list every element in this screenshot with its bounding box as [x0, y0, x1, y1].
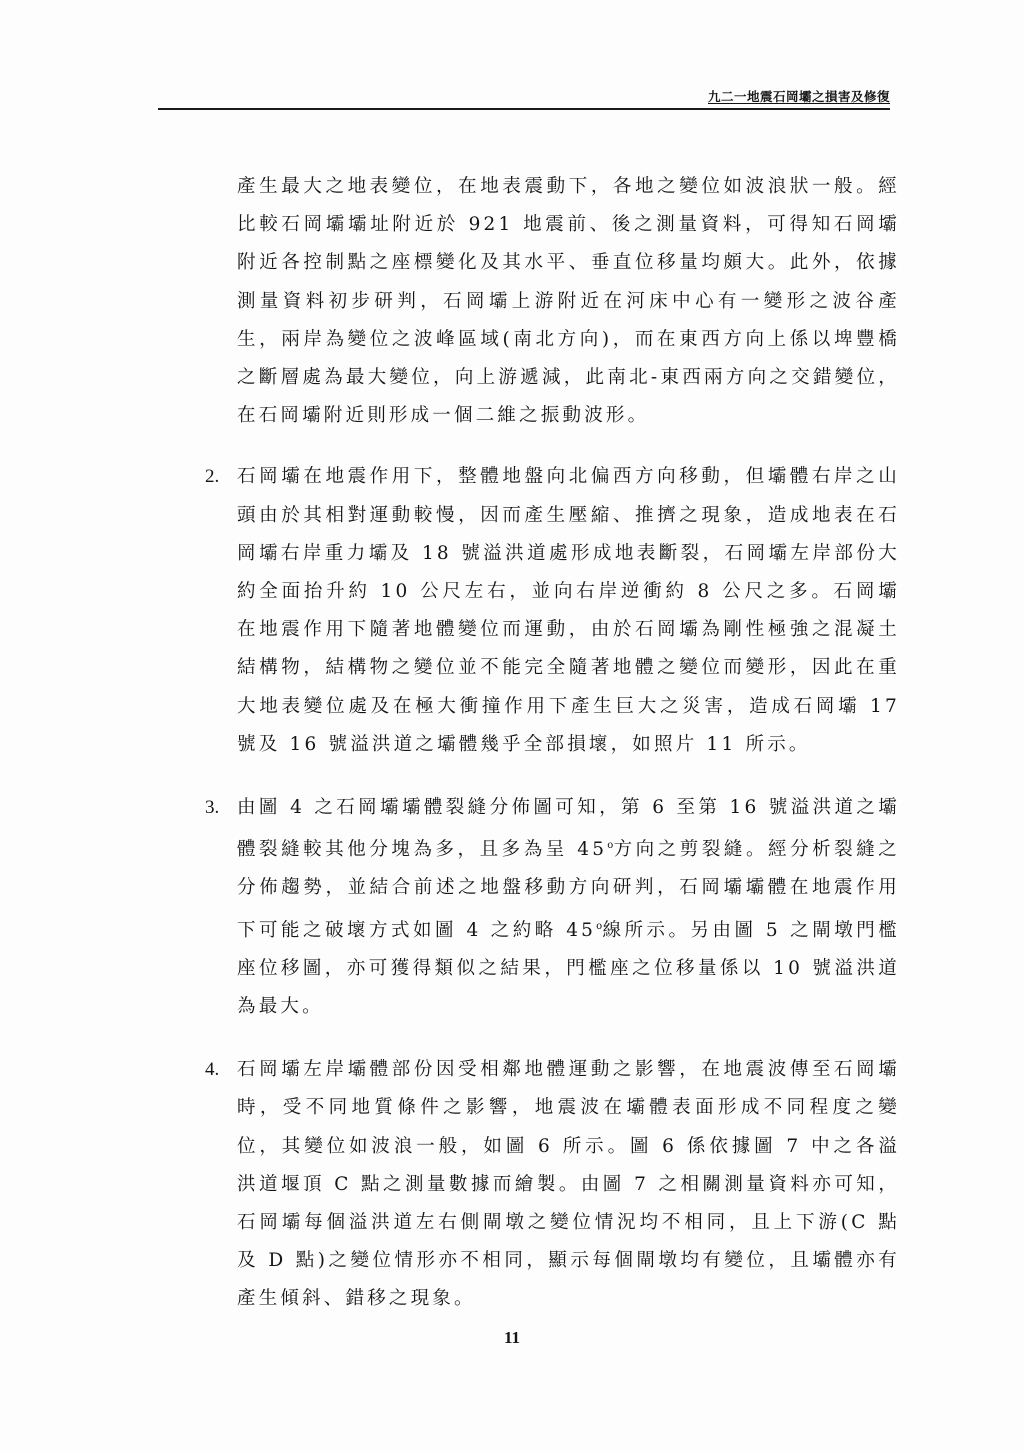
document-body: 產生最大之地表變位，在地表震動下，各地之變位如波浪狀一般。經比較石岡壩壩址附近於…	[205, 168, 900, 1319]
page-number: 11	[0, 1328, 1024, 1348]
continuation-paragraph: 產生最大之地表變位，在地表震動下，各地之變位如波浪狀一般。經比較石岡壩壩址附近於…	[205, 168, 900, 435]
running-header-title: 九二一地震石岡壩之損害及修復	[708, 89, 890, 104]
list-item-text: 由圖 4 之石岡壩壩體裂縫分佈圖可知，第 6 至第 16 號溢洪道之壩體裂縫較其…	[237, 789, 900, 1026]
document-page: 九二一地震石岡壩之損害及修復 產生最大之地表變位，在地表震動下，各地之變位如波浪…	[0, 0, 1024, 1451]
list-item-text: 石岡壩在地震作用下，整體地盤向北偏西方向移動，但壩體右岸之山頭由於其相對運動較慢…	[237, 458, 900, 764]
list-item-number: 3.	[205, 789, 219, 827]
running-header: 九二一地震石岡壩之損害及修復	[158, 86, 890, 110]
list-item-3: 3. 由圖 4 之石岡壩壩體裂縫分佈圖可知，第 6 至第 16 號溢洪道之壩體裂…	[205, 789, 900, 1026]
list-item-2: 2. 石岡壩在地震作用下，整體地盤向北偏西方向移動，但壩體右岸之山頭由於其相對運…	[205, 458, 900, 764]
list-item-number: 2.	[205, 458, 219, 496]
list-item-4: 4. 石岡壩左岸壩體部份因受相鄰地體運動之影響，在地震波傳至石岡壩時，受不同地質…	[205, 1051, 900, 1318]
list-item-text: 石岡壩左岸壩體部份因受相鄰地體運動之影響，在地震波傳至石岡壩時，受不同地質條件之…	[237, 1051, 900, 1318]
list-item-number: 4.	[205, 1051, 219, 1089]
